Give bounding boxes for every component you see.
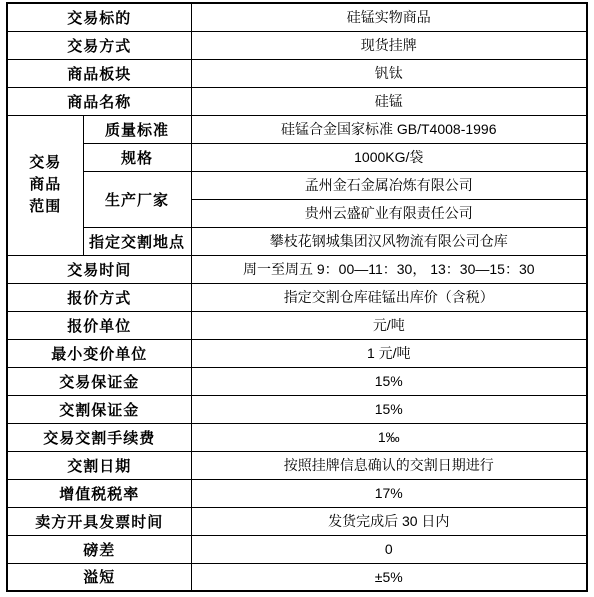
vat-rate-label: 增值税税率: [7, 479, 191, 507]
commodity-sector-value: 钒钛: [191, 59, 587, 87]
trading-scope-line-3: 范围: [12, 196, 79, 218]
commodity-name-label: 商品名称: [7, 87, 191, 115]
weight-tolerance-label: 磅差: [7, 535, 191, 563]
row-trading-margin: 交易保证金 15%: [7, 367, 587, 395]
vat-rate-value: 17%: [191, 479, 587, 507]
row-commodity-sector: 商品板块 钒钛: [7, 59, 587, 87]
row-overage-shortage: 溢短 ±5%: [7, 563, 587, 591]
quality-standard-value: 硅锰合金国家标准 GB/T4008-1996: [191, 115, 587, 143]
trading-scope-line-2: 商品: [12, 174, 79, 196]
row-delivery-location: 指定交割地点 攀枝花钢城集团汉风物流有限公司仓库: [7, 227, 587, 255]
delivery-location-label: 指定交割地点: [83, 227, 191, 255]
row-delivery-margin: 交割保证金 15%: [7, 395, 587, 423]
handling-fee-value: 1‰: [191, 423, 587, 451]
handling-fee-label: 交易交割手续费: [7, 423, 191, 451]
invoice-time-label: 卖方开具发票时间: [7, 507, 191, 535]
row-delivery-date: 交割日期 按照挂牌信息确认的交割日期进行: [7, 451, 587, 479]
row-trading-method: 交易方式 现货挂牌: [7, 31, 587, 59]
specification-value: 1000KG/袋: [191, 143, 587, 171]
trading-hours-label: 交易时间: [7, 255, 191, 283]
trading-method-value: 现货挂牌: [191, 31, 587, 59]
row-manufacturer-1: 生产厂家 孟州金石金属冶炼有限公司: [7, 171, 587, 199]
manufacturer-value-1: 孟州金石金属冶炼有限公司: [191, 171, 587, 199]
manufacturer-value-2: 贵州云盛矿业有限责任公司: [191, 199, 587, 227]
row-weight-tolerance: 磅差 0: [7, 535, 587, 563]
trading-scope-line-1: 交易: [12, 152, 79, 174]
row-invoice-time: 卖方开具发票时间 发货完成后 30 日内: [7, 507, 587, 535]
row-quote-unit: 报价单位 元/吨: [7, 311, 587, 339]
delivery-location-value: 攀枝花钢城集团汉风物流有限公司仓库: [191, 227, 587, 255]
delivery-margin-label: 交割保证金: [7, 395, 191, 423]
quote-unit-label: 报价单位: [7, 311, 191, 339]
trading-spec-table: 交易标的 硅锰实物商品 交易方式 现货挂牌 商品板块 钒钛 商品名称 硅锰 交易…: [6, 2, 588, 592]
trading-method-label: 交易方式: [7, 31, 191, 59]
trading-margin-value: 15%: [191, 367, 587, 395]
quality-standard-label: 质量标准: [83, 115, 191, 143]
trading-scope-group-label: 交易 商品 范围: [7, 115, 83, 255]
trading-subject-value: 硅锰实物商品: [191, 3, 587, 31]
min-tick-value: 1 元/吨: [191, 339, 587, 367]
row-vat-rate: 增值税税率 17%: [7, 479, 587, 507]
row-trading-hours: 交易时间 周一至周五 9：00—11：30， 13：30—15：30: [7, 255, 587, 283]
commodity-sector-label: 商品板块: [7, 59, 191, 87]
delivery-date-label: 交割日期: [7, 451, 191, 479]
commodity-name-value: 硅锰: [191, 87, 587, 115]
row-min-tick: 最小变价单位 1 元/吨: [7, 339, 587, 367]
invoice-time-value: 发货完成后 30 日内: [191, 507, 587, 535]
row-quote-method: 报价方式 指定交割仓库硅锰出库价（含税）: [7, 283, 587, 311]
min-tick-label: 最小变价单位: [7, 339, 191, 367]
quote-method-label: 报价方式: [7, 283, 191, 311]
delivery-date-value: 按照挂牌信息确认的交割日期进行: [191, 451, 587, 479]
overage-shortage-label: 溢短: [7, 563, 191, 591]
weight-tolerance-value: 0: [191, 535, 587, 563]
delivery-margin-value: 15%: [191, 395, 587, 423]
quote-method-value: 指定交割仓库硅锰出库价（含税）: [191, 283, 587, 311]
trading-hours-value: 周一至周五 9：00—11：30， 13：30—15：30: [191, 255, 587, 283]
row-handling-fee: 交易交割手续费 1‰: [7, 423, 587, 451]
row-quality-standard: 交易 商品 范围 质量标准 硅锰合金国家标准 GB/T4008-1996: [7, 115, 587, 143]
specification-label: 规格: [83, 143, 191, 171]
quote-unit-value: 元/吨: [191, 311, 587, 339]
manufacturer-label: 生产厂家: [83, 171, 191, 227]
overage-shortage-value: ±5%: [191, 563, 587, 591]
row-trading-subject: 交易标的 硅锰实物商品: [7, 3, 587, 31]
row-commodity-name: 商品名称 硅锰: [7, 87, 587, 115]
trading-subject-label: 交易标的: [7, 3, 191, 31]
row-specification: 规格 1000KG/袋: [7, 143, 587, 171]
trading-margin-label: 交易保证金: [7, 367, 191, 395]
